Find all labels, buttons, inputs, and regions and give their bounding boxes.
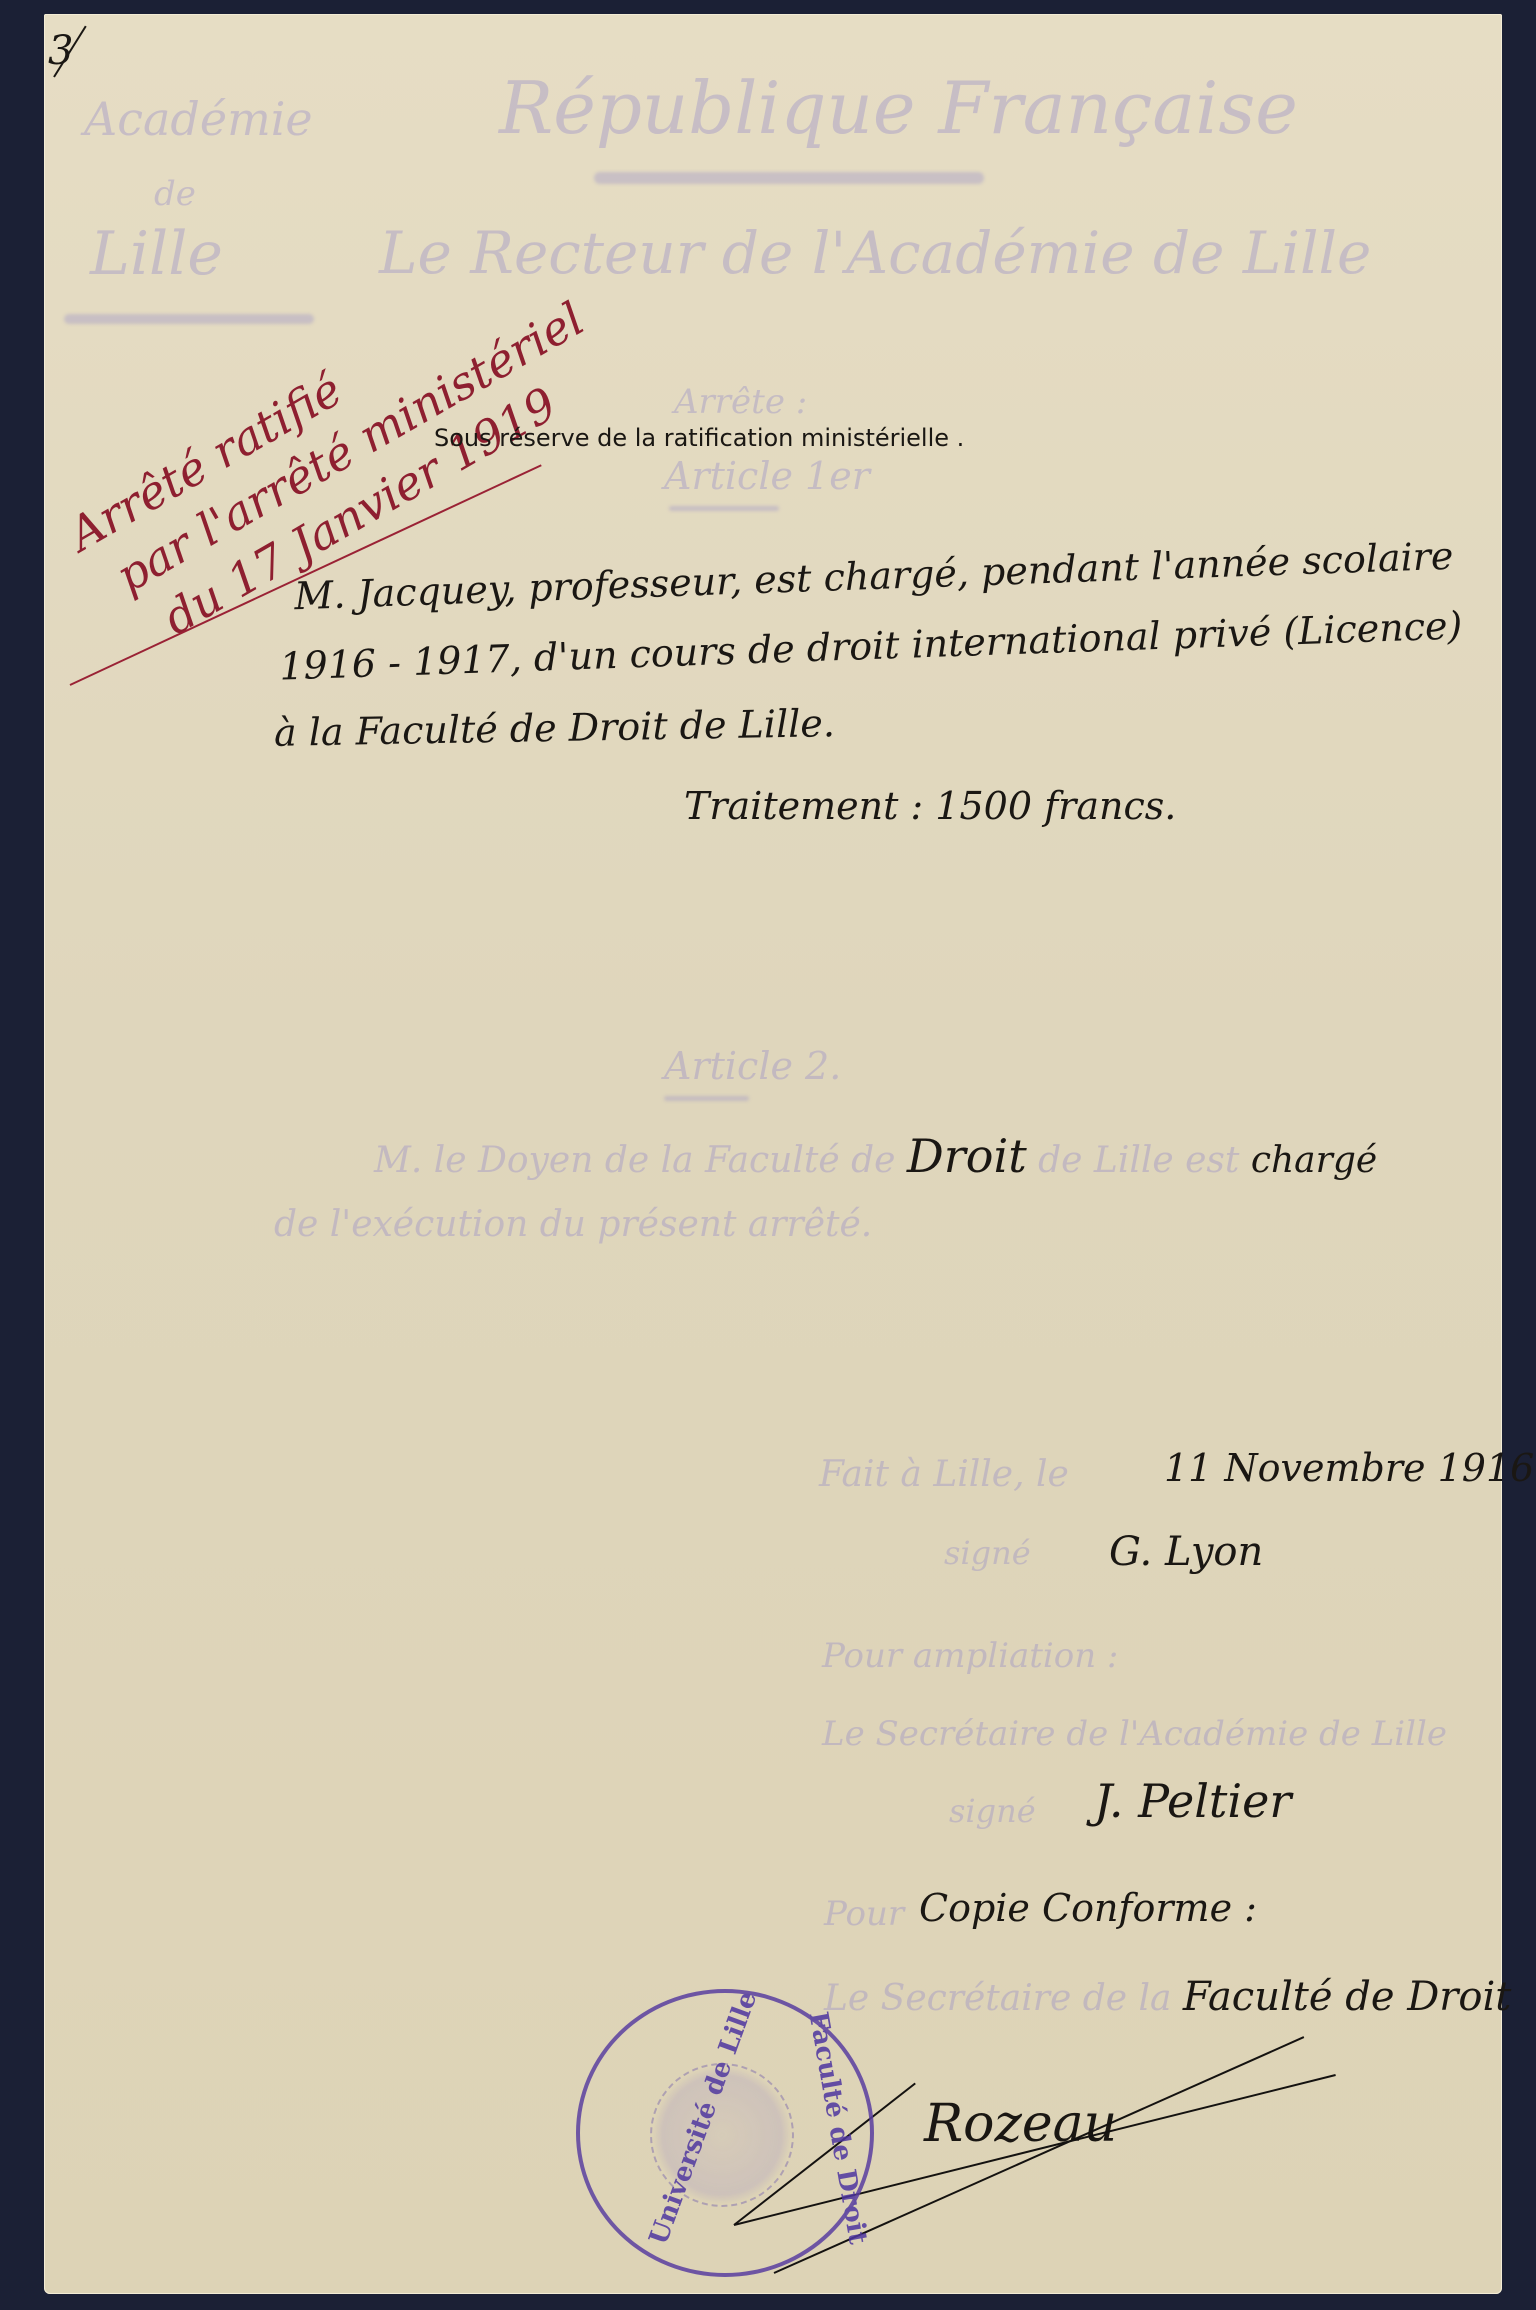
article1-line2: 1916 - 1917, d'un cours de droit interna…	[279, 603, 1463, 688]
academy-secretary-name: J. Peltier	[1094, 1774, 1291, 1828]
letterhead-republic-rule	[594, 172, 984, 184]
document-page: 3 Académie de Lille République Française…	[44, 14, 1502, 2294]
academy-secretary-signed: signé	[949, 1792, 1036, 1830]
article1-salary: Traitement : 1500 francs.	[684, 784, 1176, 828]
article2-heading: Article 2.	[664, 1044, 841, 1088]
article2-handwritten-charge: chargé	[1251, 1140, 1377, 1181]
faculty-stamp: Université de Lille Faculté de Droit	[576, 1989, 874, 2277]
ampliation-label: Pour ampliation :	[822, 1636, 1118, 1676]
academy-secretary-label: Le Secrétaire de l'Académie de Lille	[822, 1714, 1447, 1754]
final-signature: Rozeau	[924, 2094, 1117, 2154]
faculty-secretary-line: Le Secrétaire de la Faculté de Droit	[824, 1974, 1511, 2020]
stamp-text-right: Faculté de Droit	[802, 2010, 872, 2247]
article1-heading: Article 1er	[664, 454, 870, 498]
signed-name-lyon: G. Lyon	[1109, 1529, 1263, 1575]
letterhead-de: de	[154, 174, 196, 214]
article2-printed-start: M. le Doyen de la Faculté de	[374, 1140, 895, 1181]
place-prefix: Fait à Lille, le	[819, 1454, 1069, 1495]
article2-line2: de l'exécution du présent arrêté.	[274, 1204, 872, 1245]
copy-conforme-label: Copie Conforme :	[919, 1886, 1257, 1930]
signed-prefix: signé	[944, 1534, 1031, 1572]
article1-line3: à la Faculté de Droit de Lille.	[274, 701, 836, 755]
article1-line1: M. Jacquey, professeur, est chargé, pend…	[294, 534, 1454, 618]
letterhead-academie: Académie	[84, 92, 313, 146]
article2-heading-rule	[664, 1096, 749, 1101]
reservation-note: Sous réserve de la ratification ministér…	[434, 424, 964, 452]
faculty-secretary-prefix: Le Secrétaire de la	[824, 1978, 1171, 2019]
letterhead-republic: République Française	[499, 66, 1298, 150]
document-date: 11 Novembre 1916	[1164, 1446, 1534, 1490]
letterhead-lille: Lille	[90, 219, 223, 289]
faculty-secretary-suffix: Faculté de Droit	[1183, 1974, 1511, 2020]
article1-heading-rule	[669, 506, 779, 511]
arrete-heading: Arrête :	[674, 382, 807, 422]
letterhead-left-rule	[64, 314, 314, 324]
copy-prefix: Pour	[824, 1894, 904, 1934]
article2-line1: M. le Doyen de la Faculté de Droit de Li…	[374, 1129, 1377, 1183]
article2-printed-end: de Lille est	[1038, 1140, 1239, 1181]
article2-inserted-droit: Droit	[907, 1129, 1027, 1183]
